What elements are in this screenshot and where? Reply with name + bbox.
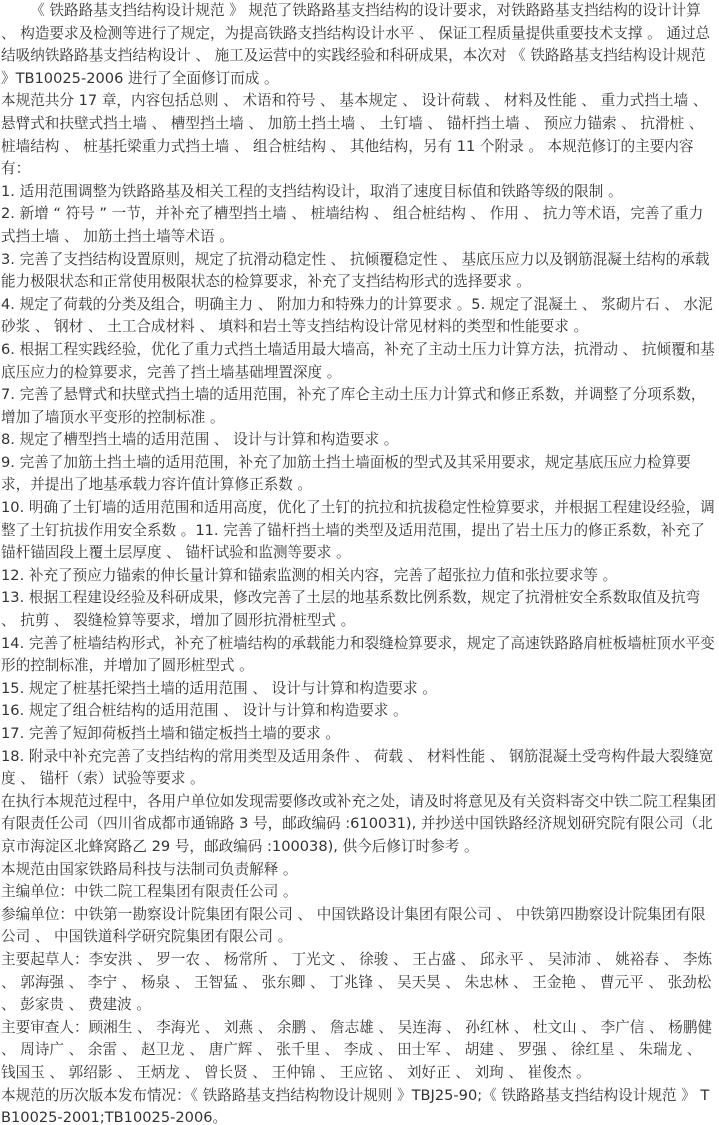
overview-paragraph: 本规范共分 17 章，内容包括总则 、 术语和符号 、 基本规定 、 设计荷载 …: [1, 90, 717, 180]
revision-item-7: 7. 完善了悬臂式和扶壁式挡土墙的适用范围，补充了库仑主动土压力计算式和修正系数…: [1, 384, 717, 429]
interpretation-paragraph: 本规范由国家铁路局科技与法制司负责解释 。: [1, 859, 717, 882]
revision-item-4-5: 4. 规定了荷载的分类及组合，明确主力 、 附加力和特殊力的计算要求 。5. 规…: [1, 294, 717, 339]
main-reviewers: 主要审查人：顾湘生 、 李海光 、 刘燕 、 余鹏 、 詹志雄 、 吴连海 、 …: [1, 1017, 717, 1085]
revision-item-18: 18. 附录中补充完善了支挡结构的常用类型及适用条件 、 荷载 、 材料性能 、…: [1, 746, 717, 791]
intro-paragraph: 《 铁路路基支挡结构设计规范 》 规范了铁路路基支挡结构的设计要求，对铁路路基支…: [1, 0, 717, 90]
revision-item-9: 9. 完善了加筋土挡土墙的适用范围，补充了加筋土挡土墙面板的型式及其采用要求，规…: [1, 452, 717, 497]
revision-item-1: 1. 适用范围调整为铁路路基及相关工程的支挡结构设计，取消了速度目标值和铁路等级…: [1, 181, 717, 204]
revision-item-12: 12. 补充了预应力锚索的伸长量计算和锚索监测的相关内容，完善了超张拉力值和张拉…: [1, 565, 717, 588]
revision-item-16: 16. 规定了组合桩结构的适用范围 、 设计与计算和构造要求 。: [1, 700, 717, 723]
revision-item-10-11: 10. 明确了土钉墙的适用范围和适用高度，优化了土钉的抗拉和抗拔稳定性检算要求，…: [1, 497, 717, 565]
document-body: 《 铁路路基支挡结构设计规范 》 规范了铁路路基支挡结构的设计要求，对铁路路基支…: [0, 0, 717, 1125]
participating-units: 参编单位：中铁第一勘察设计院集团有限公司 、 中国铁路设计集团有限公司 、 中铁…: [1, 904, 717, 949]
revision-item-6: 6. 根据工程实践经验，优化了重力式挡土墙适用最大墙高，补充了主动土压力计算方法…: [1, 339, 717, 384]
version-history: 本规范的历次版本发布情况：《 铁路路基支挡结构物设计规则 》TBJ25-90;《…: [1, 1085, 717, 1125]
revision-item-13: 13. 根据工程建设经验及科研成果，修改完善了土层的地基系数比例系数，规定了抗滑…: [1, 587, 717, 632]
feedback-paragraph: 在执行本规范过程中，各用户单位如发现需要修改或补充之处，请及时将意见及有关资料寄…: [1, 791, 717, 859]
revision-item-3: 3. 完善了支挡结构设置原则，规定了抗滑动稳定性 、 抗倾覆稳定性 、 基底压应…: [1, 249, 717, 294]
revision-item-17: 17. 完善了短卸荷板挡土墙和锚定板挡土墙的要求 。: [1, 723, 717, 746]
revision-item-2: 2. 新增 “ 符号 ” 一节，并补充了槽型挡土墙 、 桩墙结构 、 组合桩结构…: [1, 203, 717, 248]
revision-item-15: 15. 规定了桩基托梁挡土墙的适用范围 、 设计与计算和构造要求 。: [1, 678, 717, 701]
main-drafters: 主要起草人：李安洪 、 罗一农 、 杨常所 、 丁光文 、 徐骏 、 王占盛 、…: [1, 949, 717, 1017]
revision-item-14: 14. 完善了桩墙结构形式，补充了桩墙结构的承载能力和裂缝检算要求，规定了高速铁…: [1, 633, 717, 678]
revision-item-8: 8. 规定了槽型挡土墙的适用范围 、 设计与计算和构造要求 。: [1, 429, 717, 452]
chief-editor-unit: 主编单位：中铁二院工程集团有限责任公司 。: [1, 881, 717, 904]
